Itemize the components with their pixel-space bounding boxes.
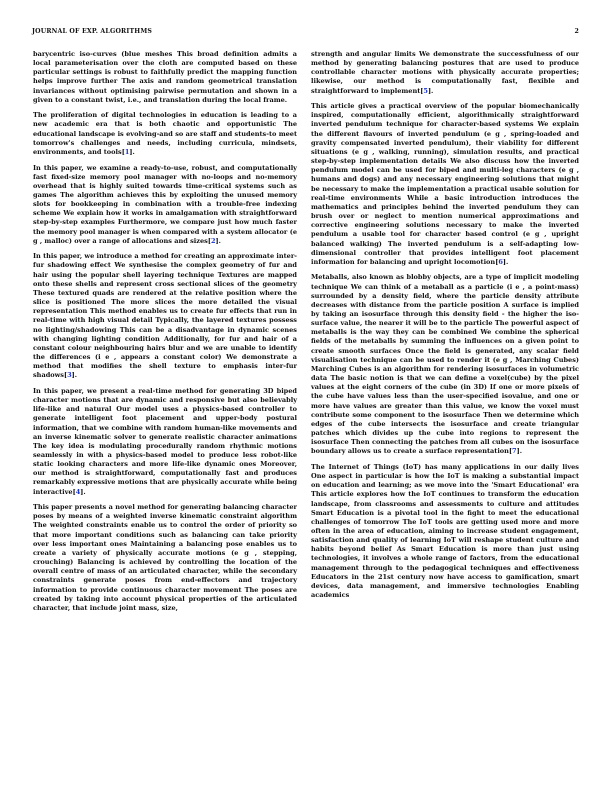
paragraph: In this paper, we examine a ready-to-use… [33, 164, 297, 246]
citation-link[interactable]: 6 [498, 258, 503, 266]
left-column: barycentric iso-curves (blue meshes This… [33, 50, 297, 619]
citation-link[interactable]: 1 [125, 148, 130, 156]
paragraph: This paper presents a novel method for g… [33, 503, 297, 613]
paragraph: barycentric iso-curves (blue meshes This… [33, 50, 297, 105]
page-number: 2 [574, 28, 579, 35]
paragraph: strength and angular limits We demonstra… [311, 50, 579, 96]
paragraph: The proliferation of digital technologie… [33, 111, 297, 157]
citation-link[interactable]: 7 [512, 447, 517, 455]
running-header: JOURNAL OF EXP. ALGORITHMS 2 [32, 28, 579, 40]
citation-link[interactable]: 5 [423, 87, 428, 95]
paragraph: In this paper, we present a real-time me… [33, 387, 297, 497]
paragraph: In this paper, we introduce a method for… [33, 252, 297, 380]
paragraph: Metaballs, also known as blobby objects,… [311, 273, 579, 456]
paragraph: The Internet of Things (IoT) has many ap… [311, 463, 579, 600]
citation-link[interactable]: 3 [67, 371, 72, 379]
citation-link[interactable]: 2 [211, 237, 216, 245]
right-column: strength and angular limits We demonstra… [311, 50, 579, 607]
citation-link[interactable]: 4 [76, 488, 81, 496]
journal-title: JOURNAL OF EXP. ALGORITHMS [32, 28, 152, 35]
paragraph: This article gives a practical overview … [311, 102, 579, 267]
